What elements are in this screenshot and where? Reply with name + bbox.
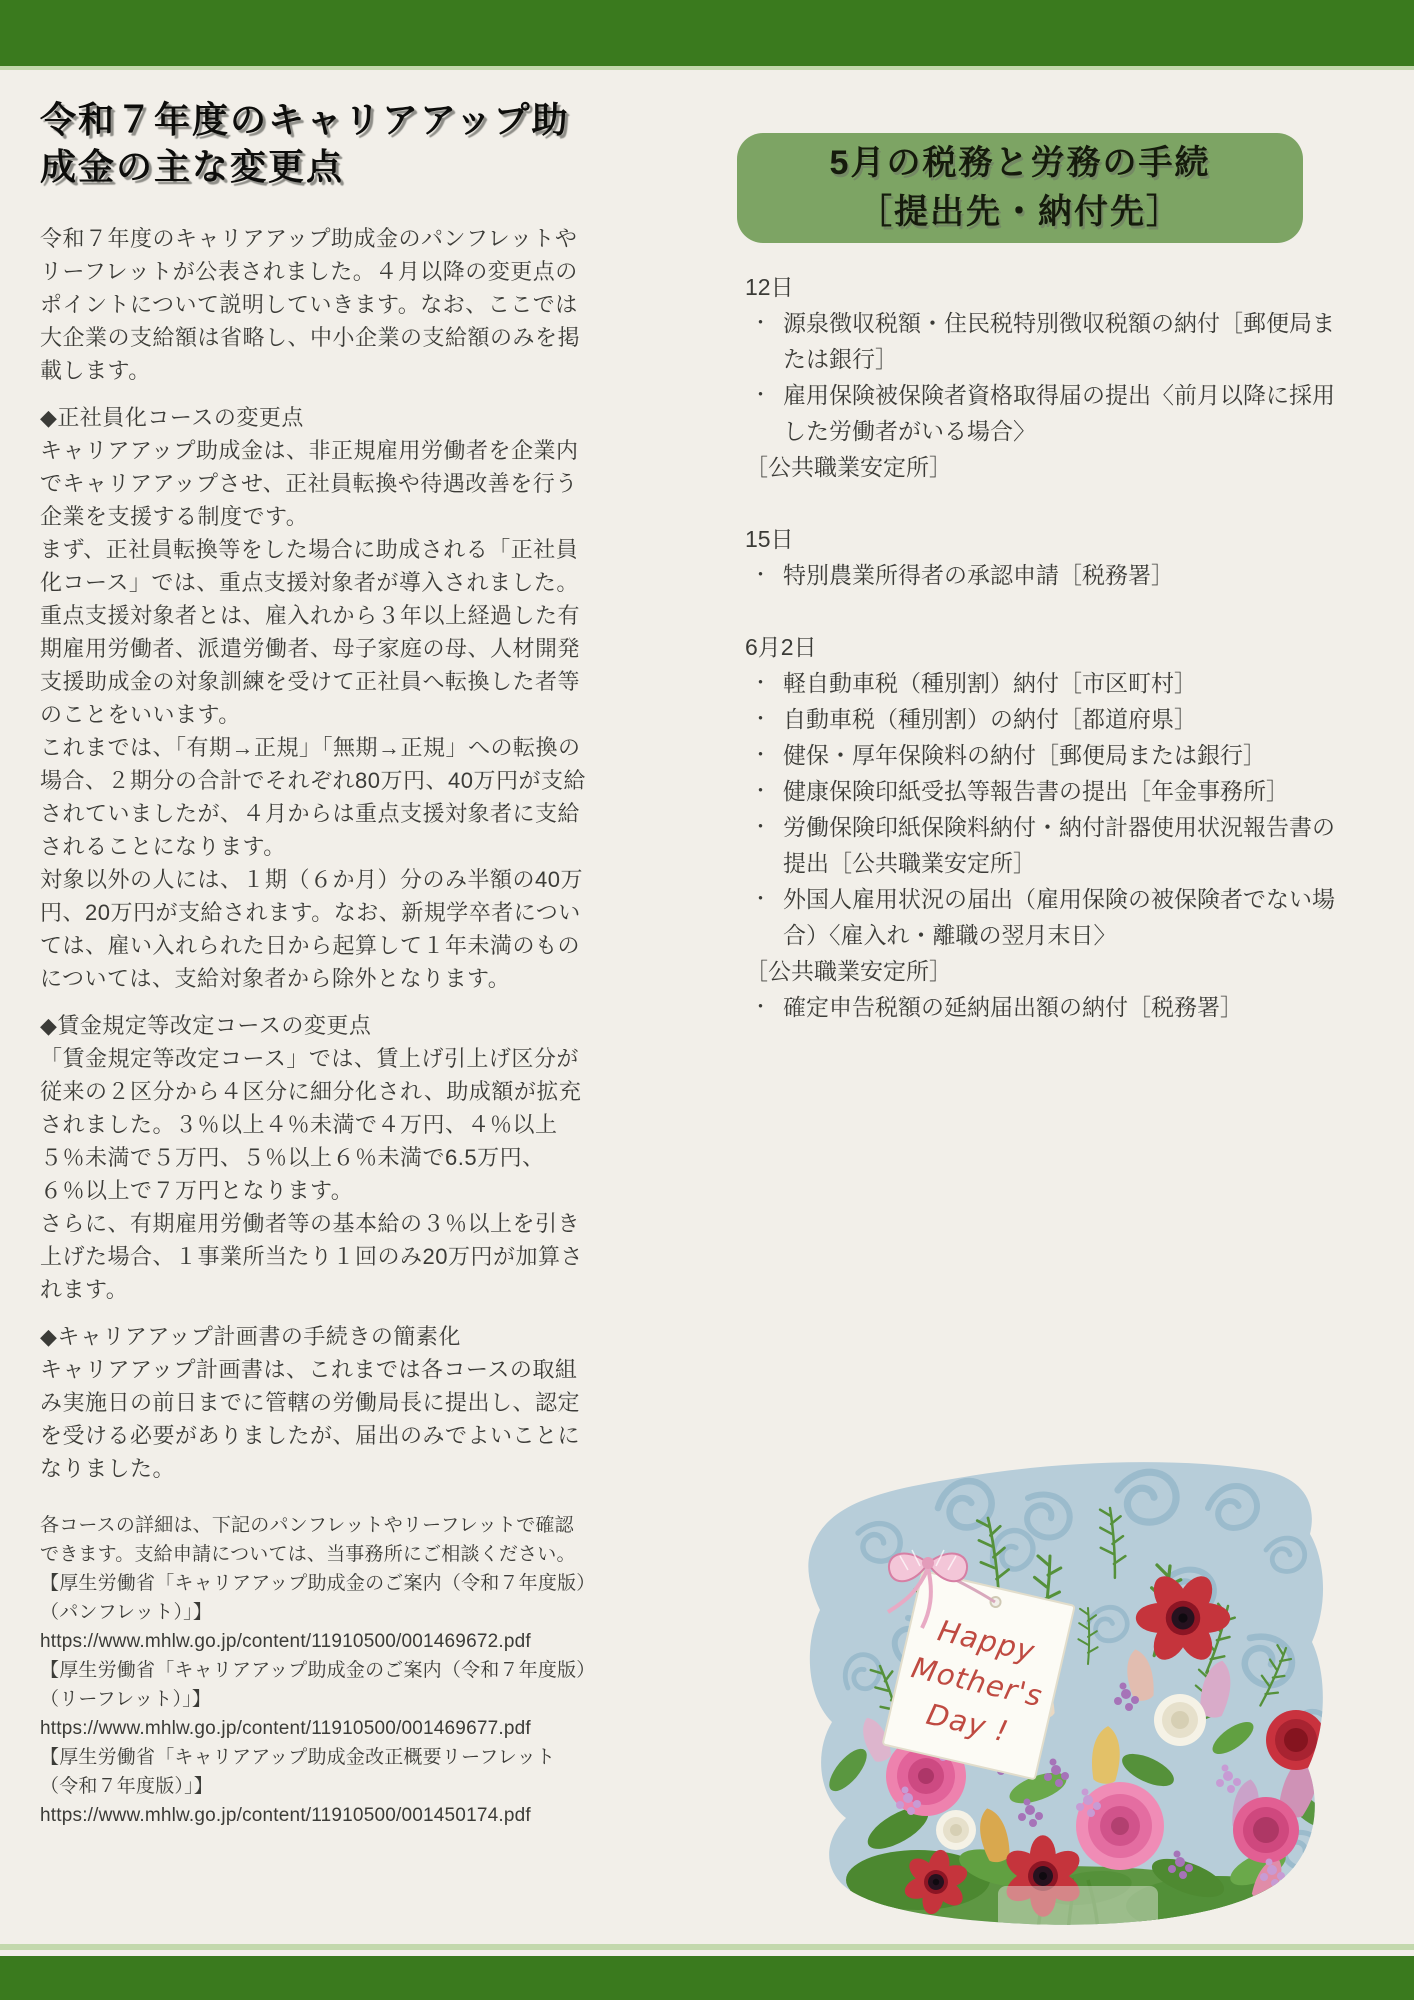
schedule-item: 自動車税（種別割）の納付［都道府県］: [737, 701, 1353, 737]
schedule-date: 6月2日: [737, 629, 1353, 665]
schedule-item: 健保・厚年保険料の納付［郵便局または銀行］: [737, 737, 1353, 773]
pink-rose: [1233, 1797, 1299, 1863]
section-paragraph: キャリアアップ計画書は、これまでは各コースの取組み実施日の前日までに管轄の労働局…: [40, 1353, 588, 1485]
reference-links-block: 各コースの詳細は、下記のパンフレットやリーフレットで確認できます。支給申請につい…: [40, 1511, 588, 1830]
mothers-day-photo: Happy Mother's Day !: [788, 1438, 1328, 1933]
schedule-item: 健康保険印紙受払等報告書の提出［年金事務所］: [737, 773, 1353, 809]
schedule-group-15: 15日 特別農業所得者の承認申請［税務署］: [737, 521, 1353, 593]
article-intro: 令和７年度のキャリアアップ助成金のパンフレットやリーフレットが公表されました。４…: [40, 222, 588, 387]
schedule-item-destination: ［公共職業安定所］: [737, 449, 1353, 485]
schedule-item: 雇用保険被保険者資格取得届の提出〈前月以降に採用した労働者がいる場合〉: [737, 377, 1353, 449]
kaisei-leaflet-url[interactable]: https://www.mhlw.go.jp/content/11910500/…: [40, 1801, 588, 1830]
kaisei-leaflet-label: 【厚生労働省「キャリアアップ助成金改正概要リーフレット（令和７年度版）」】: [40, 1743, 588, 1801]
section-chingin: ◆賃金規定等改定コースの変更点 「賃金規定等改定コース」では、賃上げ引上げ区分が…: [40, 1009, 588, 1306]
section-paragraph: さらに、有期雇用労働者等の基本給の３％以上を引き上げた場合、１事業所当たり１回の…: [40, 1207, 588, 1306]
section-heading: ◆正社員化コースの変更点: [40, 401, 588, 434]
schedule-header-line2: ［提出先・納付先］: [858, 188, 1182, 237]
newsletter-page: 令和７年度のキャリアアップ助 成金の主な変更点 令和７年度のキャリアアップ助成金…: [0, 0, 1414, 2000]
article-title-line1: 令和７年度のキャリアアップ助: [40, 99, 569, 140]
schedule-date: 12日: [737, 269, 1353, 305]
article-title: 令和７年度のキャリアアップ助 成金の主な変更点: [40, 96, 588, 190]
schedule-item: 特別農業所得者の承認申請［税務署］: [737, 557, 1353, 593]
schedule-group-jun2: 6月2日 軽自動車税（種別割）納付［市区町村］ 自動車税（種別割）の納付［都道府…: [737, 629, 1353, 1025]
footer-note: 各コースの詳細は、下記のパンフレットやリーフレットで確認できます。支給申請につい…: [40, 1511, 588, 1569]
vase: [998, 1886, 1158, 1930]
article-body: 令和７年度のキャリアアップ助成金のパンフレットやリーフレットが公表されました。４…: [40, 222, 588, 1485]
tag-hole: [990, 1596, 1002, 1608]
section-paragraph: 「賃金規定等改定コース」では、賃上げ引上げ区分が従来の２区分から４区分に細分化さ…: [40, 1042, 588, 1207]
schedule-header-badge: 5月の税務と労務の手続 ［提出先・納付先］: [737, 133, 1303, 243]
section-paragraph: まず、正社員転換等をした場合に助成される「正社員化コース」では、重点支援対象者が…: [40, 533, 588, 731]
schedule-item: 外国人雇用状況の届出（雇用保険の被保険者でない場合）〈雇入れ・離職の翌月末日〉: [737, 881, 1353, 953]
schedule-list: 12日 源泉徴収税額・住民税特別徴収税額の納付［郵便局または銀行］ 雇用保険被保…: [737, 269, 1353, 1025]
bottom-green-bar: [0, 1956, 1414, 2000]
section-seishain: ◆正社員化コースの変更点 キャリアアップ助成金は、非正規雇用労働者を企業内でキャ…: [40, 401, 588, 995]
left-article-column: 令和７年度のキャリアアップ助 成金の主な変更点 令和７年度のキャリアアップ助成金…: [40, 96, 588, 1830]
pamphlet-url[interactable]: https://www.mhlw.go.jp/content/11910500/…: [40, 1627, 588, 1656]
white-rose: [1154, 1694, 1206, 1746]
bottom-accent-line: [0, 1944, 1414, 1950]
section-heading: ◆キャリアアップ計画書の手続きの簡素化: [40, 1320, 588, 1353]
article-title-line2: 成金の主な変更点: [40, 146, 344, 187]
schedule-header-line1: 5月の税務と労務の手続: [830, 139, 1211, 188]
schedule-item: 軽自動車税（種別割）納付［市区町村］: [737, 665, 1353, 701]
schedule-item: 確定申告税額の延納届出額の納付［税務署］: [737, 989, 1353, 1025]
schedule-item: 源泉徴収税額・住民税特別徴収税額の納付［郵便局または銀行］: [737, 305, 1353, 377]
schedule-item: 労働保険印紙保険料納付・納付計器使用状況報告書の提出［公共職業安定所］: [737, 809, 1353, 881]
top-accent-line: [0, 66, 1414, 70]
leaflet-label: 【厚生労働省「キャリアアップ助成金のご案内（令和７年度版）（リーフレット）」】: [40, 1656, 588, 1714]
white-rose: [936, 1810, 976, 1850]
pamphlet-label: 【厚生労働省「キャリアアップ助成金のご案内（令和７年度版）（パンフレット）」】: [40, 1569, 588, 1627]
section-paragraph: これまでは、「有期→正規」「無期→正規」への転換の場合、２期分の合計でそれぞれ8…: [40, 731, 588, 863]
section-paragraph: キャリアアップ助成金は、非正規雇用労働者を企業内でキャリアアップさせ、正社員転換…: [40, 434, 588, 533]
schedule-item-destination: ［公共職業安定所］: [737, 953, 1353, 989]
section-heading: ◆賃金規定等改定コースの変更点: [40, 1009, 588, 1042]
leaflet-url[interactable]: https://www.mhlw.go.jp/content/11910500/…: [40, 1714, 588, 1743]
schedule-group-12: 12日 源泉徴収税額・住民税特別徴収税額の納付［郵便局または銀行］ 雇用保険被保…: [737, 269, 1353, 485]
top-green-bar: [0, 0, 1414, 66]
right-schedule-column: 5月の税務と労務の手続 ［提出先・納付先］ 12日 源泉徴収税額・住民税特別徴収…: [737, 133, 1387, 1025]
section-keikakusho: ◆キャリアアップ計画書の手続きの簡素化 キャリアアップ計画書は、これまでは各コー…: [40, 1320, 588, 1485]
mothers-day-illustration: Happy Mother's Day !: [788, 1438, 1328, 1933]
schedule-date: 15日: [737, 521, 1353, 557]
section-paragraph: 対象以外の人には、１期（６か月）分のみ半額の40万円、20万円が支給されます。な…: [40, 863, 588, 995]
red-rose: [1266, 1710, 1326, 1770]
